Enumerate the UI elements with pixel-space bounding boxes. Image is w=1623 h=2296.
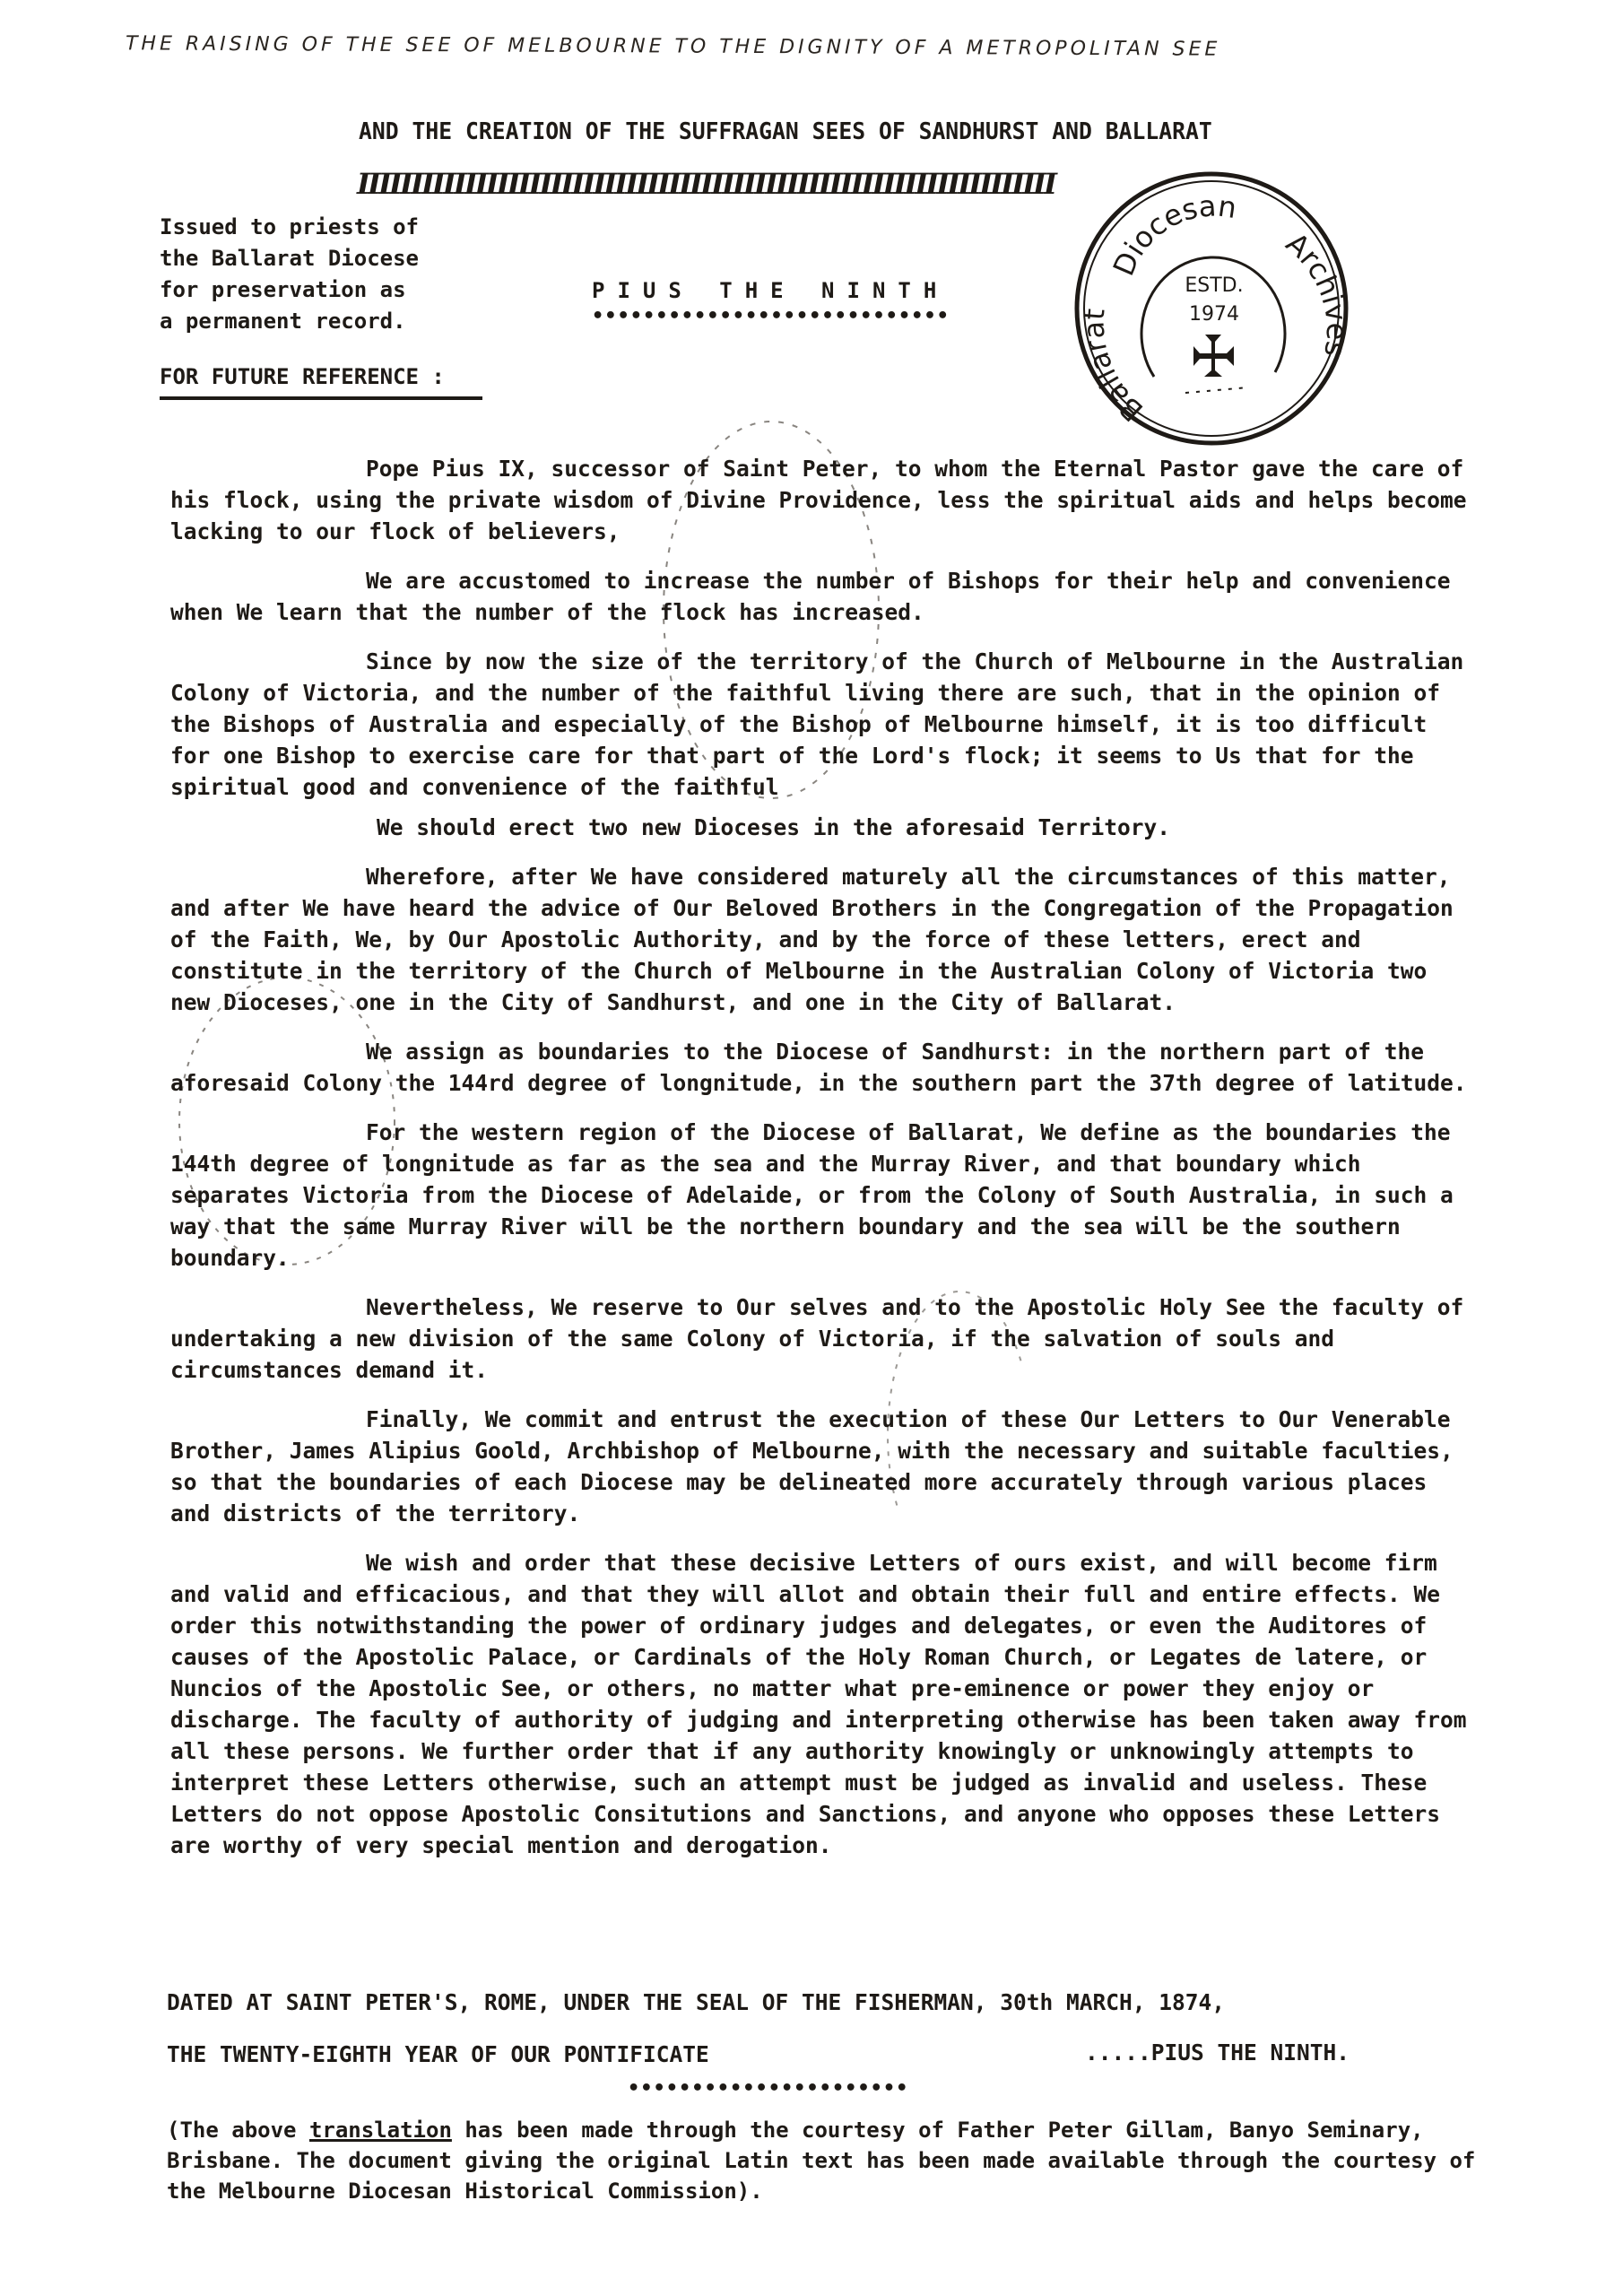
paragraph-4: We should erect two new Dioceses in the … (170, 812, 1480, 843)
dotted-separator-top: •••••••••••••••••••••••••••• (592, 305, 950, 327)
dated-line: DATED AT SAINT PETER'S, ROME, UNDER THE … (167, 1989, 1225, 2015)
decorative-rule: IIIIIIIIIIIIIIIIIIIIIIIIIIIIIIIIIIIIIIII… (357, 167, 1055, 201)
paragraph-6: We assign as boundaries to the Diocese o… (170, 1036, 1480, 1099)
issued-note: Issued to priests of the Ballarat Dioces… (160, 212, 419, 337)
stamp-left-text: Ballarat (1076, 308, 1150, 429)
signature: .....PIUS THE NINTH. (1085, 2039, 1350, 2066)
archives-stamp: Diocesan Ballarat Archives ESTD. 1974 (1069, 161, 1354, 447)
decree-body: Pope Pius IX, successor of Saint Peter, … (170, 453, 1480, 1879)
pontificate-line: THE TWENTY-EIGHTH YEAR OF OUR PONTIFICAT… (167, 2041, 709, 2067)
paragraph-7: For the western region of the Diocese of… (170, 1117, 1480, 1274)
stamp-seal-icon: Diocesan Ballarat Archives ESTD. 1974 (1069, 161, 1354, 447)
paragraph-5: Wherefore, after We have considered matu… (170, 861, 1480, 1018)
document-title: AND THE CREATION OF THE SUFFRAGAN SEES O… (359, 118, 1212, 145)
footnote-underlined-word: translation (309, 2118, 452, 2143)
paragraph-8: Nevertheless, We reserve to Our selves a… (170, 1291, 1480, 1386)
pius-heading: PIUS THE NINTH (592, 278, 949, 303)
paragraph-3: Since by now the size of the territory o… (170, 646, 1480, 803)
paragraph-2: We are accustomed to increase the number… (170, 565, 1480, 628)
paragraph-10: We wish and order that these decisive Le… (170, 1547, 1480, 1861)
cross-icon (1193, 335, 1234, 377)
footnote-before: (The above (167, 2118, 309, 2143)
handwritten-heading: THE RAISING OF THE SEE OF MELBOURNE TO T… (126, 32, 1381, 61)
paragraph-9: Finally, We commit and entrust the execu… (170, 1404, 1480, 1529)
stamp-year: 1974 (1189, 303, 1239, 326)
paragraph-1: Pope Pius IX, successor of Saint Peter, … (170, 453, 1480, 547)
dotted-separator-bottom: •••••••••••••••••••••• (628, 2077, 908, 2100)
svg-text:Archives: Archives (1280, 226, 1354, 360)
future-reference-label: FOR FUTURE REFERENCE : (160, 364, 445, 389)
stamp-right-text: Archives (1280, 226, 1354, 360)
svg-text:Ballarat: Ballarat (1076, 308, 1150, 429)
translation-footnote: (The above translation has been made thr… (167, 2115, 1485, 2206)
stamp-estd: ESTD. (1185, 274, 1243, 297)
future-reference-underline (160, 396, 482, 400)
